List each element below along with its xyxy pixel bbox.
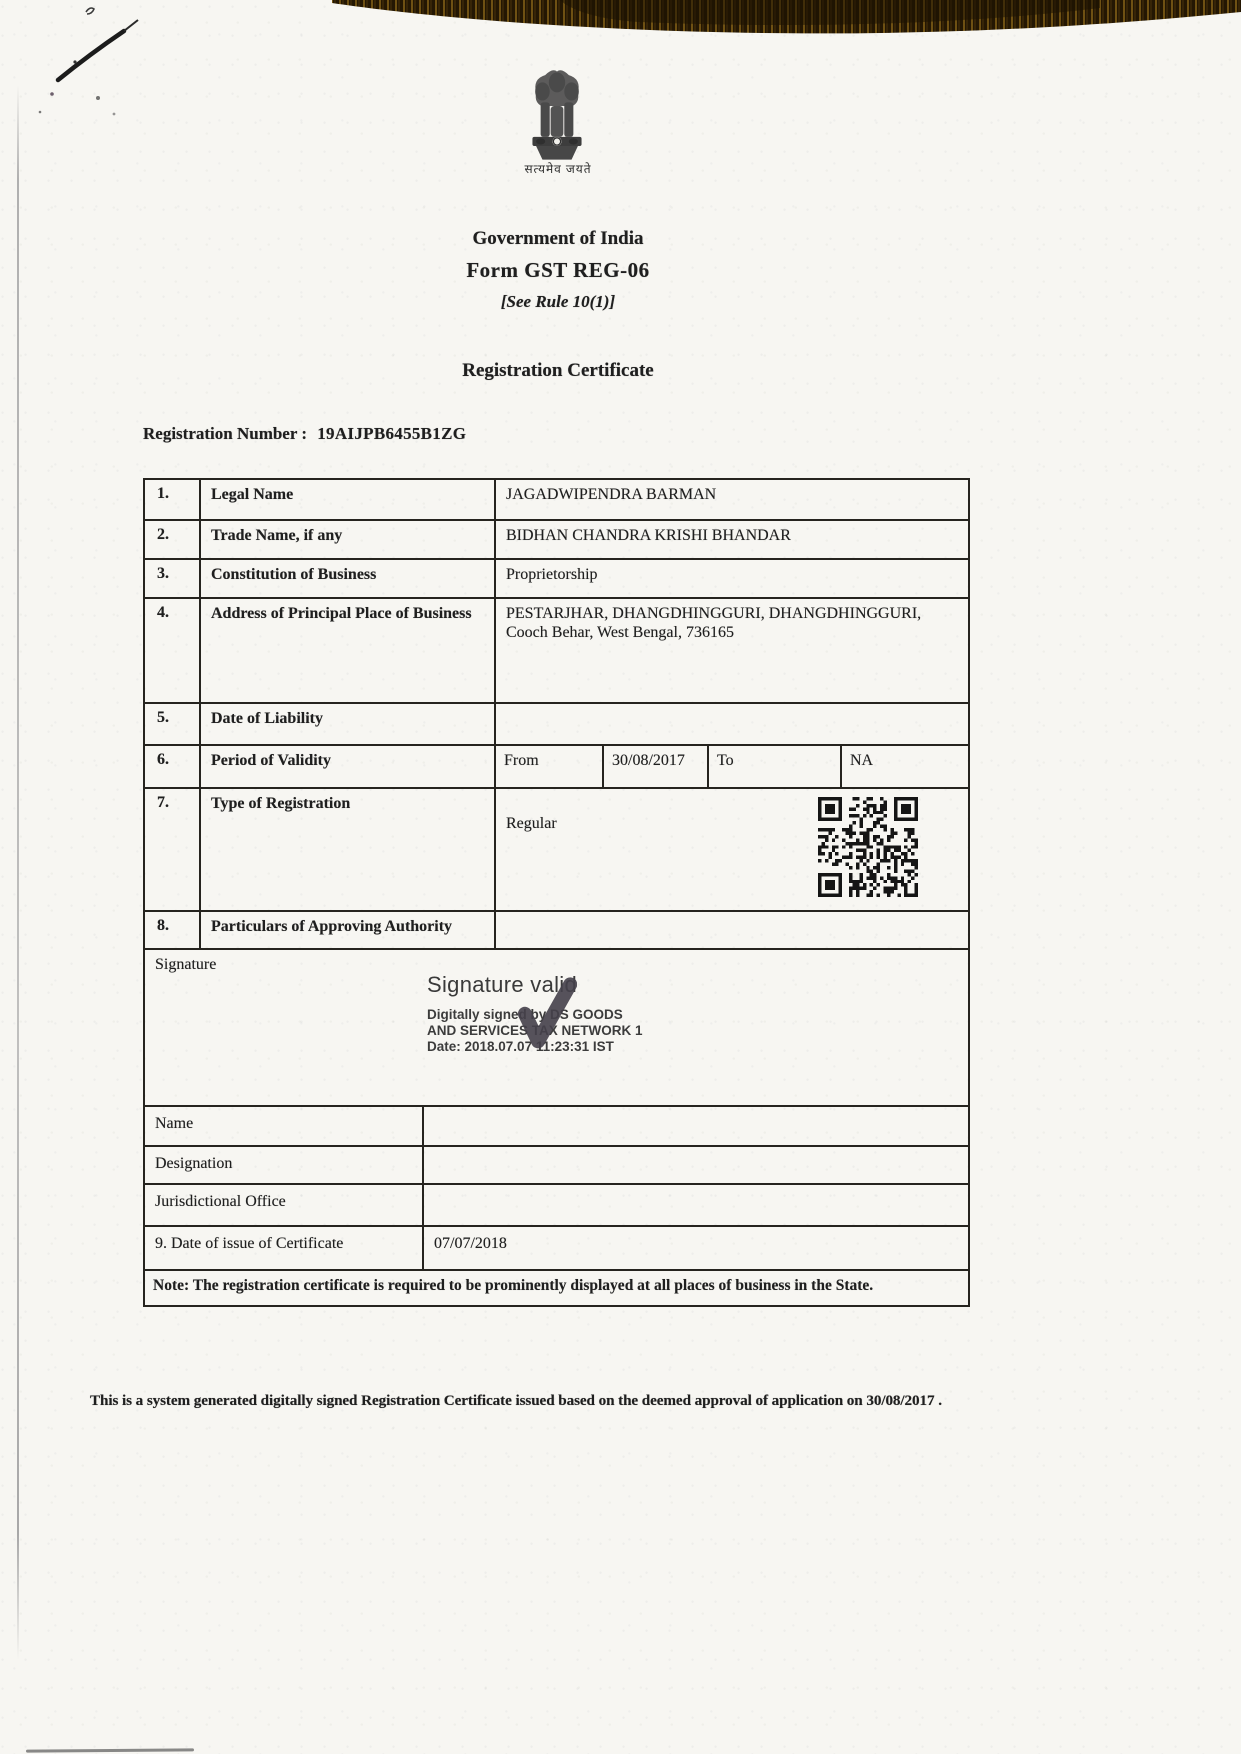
registration-number-line: Registration Number : 19AIJPB6455B1ZG — [143, 424, 466, 444]
row-value: JAGADWIPENDRA BARMAN — [494, 480, 968, 519]
signature-row: Signature Signature valid Digitally sign… — [145, 948, 968, 1105]
row-label: 9. Date of issue of Certificate — [145, 1227, 422, 1269]
row-label: Jurisdictional Office — [145, 1185, 422, 1225]
table-row-constitution: 3. Constitution of Business Proprietorsh… — [145, 558, 968, 597]
table-row-date-of-liability: 5. Date of Liability — [145, 702, 968, 744]
table-row-note: Note: The registration certificate is re… — [145, 1269, 968, 1305]
row-number: 6. — [145, 746, 199, 787]
table-row-legal-name: 1. Legal Name JAGADWIPENDRA BARMAN — [145, 480, 968, 519]
table-row-type-of-registration: 7. Type of Registration Regular — [145, 787, 968, 910]
rule-reference: [See Rule 10(1)] — [0, 292, 1116, 312]
address-line-1: PESTARJHAR, DHANGDHINGGURI, DHANGDHINGGU… — [506, 604, 958, 623]
scan-bottom-mark — [26, 1748, 194, 1752]
note-text: Note: The registration certificate is re… — [145, 1271, 968, 1305]
validity-to-value: NA — [840, 746, 968, 787]
validity-from-label: From — [494, 746, 602, 787]
row-label: Constitution of Business — [199, 560, 494, 597]
row-number: 3. — [145, 560, 199, 597]
system-generated-statement: This is a system generated digitally sig… — [90, 1392, 1020, 1410]
scanned-gst-certificate: सत्यमेव जयते Government of India Form GS… — [0, 0, 1241, 1754]
pen-mark — [28, 2, 168, 127]
table-row-address: 4. Address of Principal Place of Busines… — [145, 597, 968, 702]
row-label: Type of Registration — [199, 789, 494, 910]
row-label: Legal Name — [199, 480, 494, 519]
row-number: 7. — [145, 789, 199, 910]
validity-to-label: To — [707, 746, 840, 787]
row-label: Particulars of Approving Authority — [199, 912, 494, 948]
table-row-jurisdictional-office: Jurisdictional Office — [145, 1183, 968, 1225]
row-value: Regular — [494, 789, 968, 910]
table-row-period-of-validity: 6. Period of Validity From 30/08/2017 To… — [145, 744, 968, 787]
qr-code — [816, 797, 920, 897]
table-row-designation: Designation — [145, 1145, 968, 1183]
signature-checkmark-icon — [515, 974, 577, 1054]
india-emblem-icon — [513, 66, 601, 166]
row-value: Proprietorship — [494, 560, 968, 597]
scan-top-band — [0, 0, 1241, 46]
address-line-2: Cooch Behar, West Bengal, 736165 — [506, 623, 958, 642]
registration-type-value: Regular — [506, 814, 557, 833]
row-value: PESTARJHAR, DHANGDHINGGURI, DHANGDHINGGU… — [494, 599, 968, 702]
row-value — [494, 704, 968, 744]
table-row-date-of-issue: 9. Date of issue of Certificate 07/07/20… — [145, 1225, 968, 1269]
table-row-trade-name: 2. Trade Name, if any BIDHAN CHANDRA KRI… — [145, 519, 968, 558]
row-label: Name — [145, 1107, 422, 1145]
row-number: 2. — [145, 521, 199, 558]
validity-from-value: 30/08/2017 — [602, 746, 707, 787]
emblem-caption: सत्यमेव जयते — [458, 160, 658, 177]
row-value — [494, 912, 968, 948]
row-number: 5. — [145, 704, 199, 744]
row-number: 8. — [145, 912, 199, 948]
row-label: Address of Principal Place of Business — [199, 599, 494, 702]
row-value — [422, 1147, 968, 1183]
certificate-table: 1. Legal Name JAGADWIPENDRA BARMAN 2. Tr… — [143, 478, 970, 1307]
row-label: Trade Name, if any — [199, 521, 494, 558]
row-value — [422, 1185, 968, 1225]
signature-label: Signature — [155, 956, 216, 973]
form-title: Form GST REG-06 — [0, 258, 1116, 283]
row-value: BIDHAN CHANDRA KRISHI BHANDAR — [494, 521, 968, 558]
government-title: Government of India — [0, 228, 1116, 250]
row-number: 4. — [145, 599, 199, 702]
certificate-title: Registration Certificate — [0, 360, 1116, 382]
registration-number-label: Registration Number : — [143, 424, 307, 443]
row-number: 1. — [145, 480, 199, 519]
registration-number-value: 19AIJPB6455B1ZG — [317, 424, 466, 443]
scan-edge-line — [17, 85, 19, 1660]
signature-cell: Signature Signature valid Digitally sign… — [145, 950, 968, 1105]
row-value — [422, 1107, 968, 1145]
row-label: Period of Validity — [199, 746, 494, 787]
table-row-approving-authority: 8. Particulars of Approving Authority — [145, 910, 968, 948]
row-value: 07/07/2018 — [422, 1227, 968, 1269]
row-label: Designation — [145, 1147, 422, 1183]
table-row-name: Name — [145, 1105, 968, 1145]
row-label: Date of Liability — [199, 704, 494, 744]
